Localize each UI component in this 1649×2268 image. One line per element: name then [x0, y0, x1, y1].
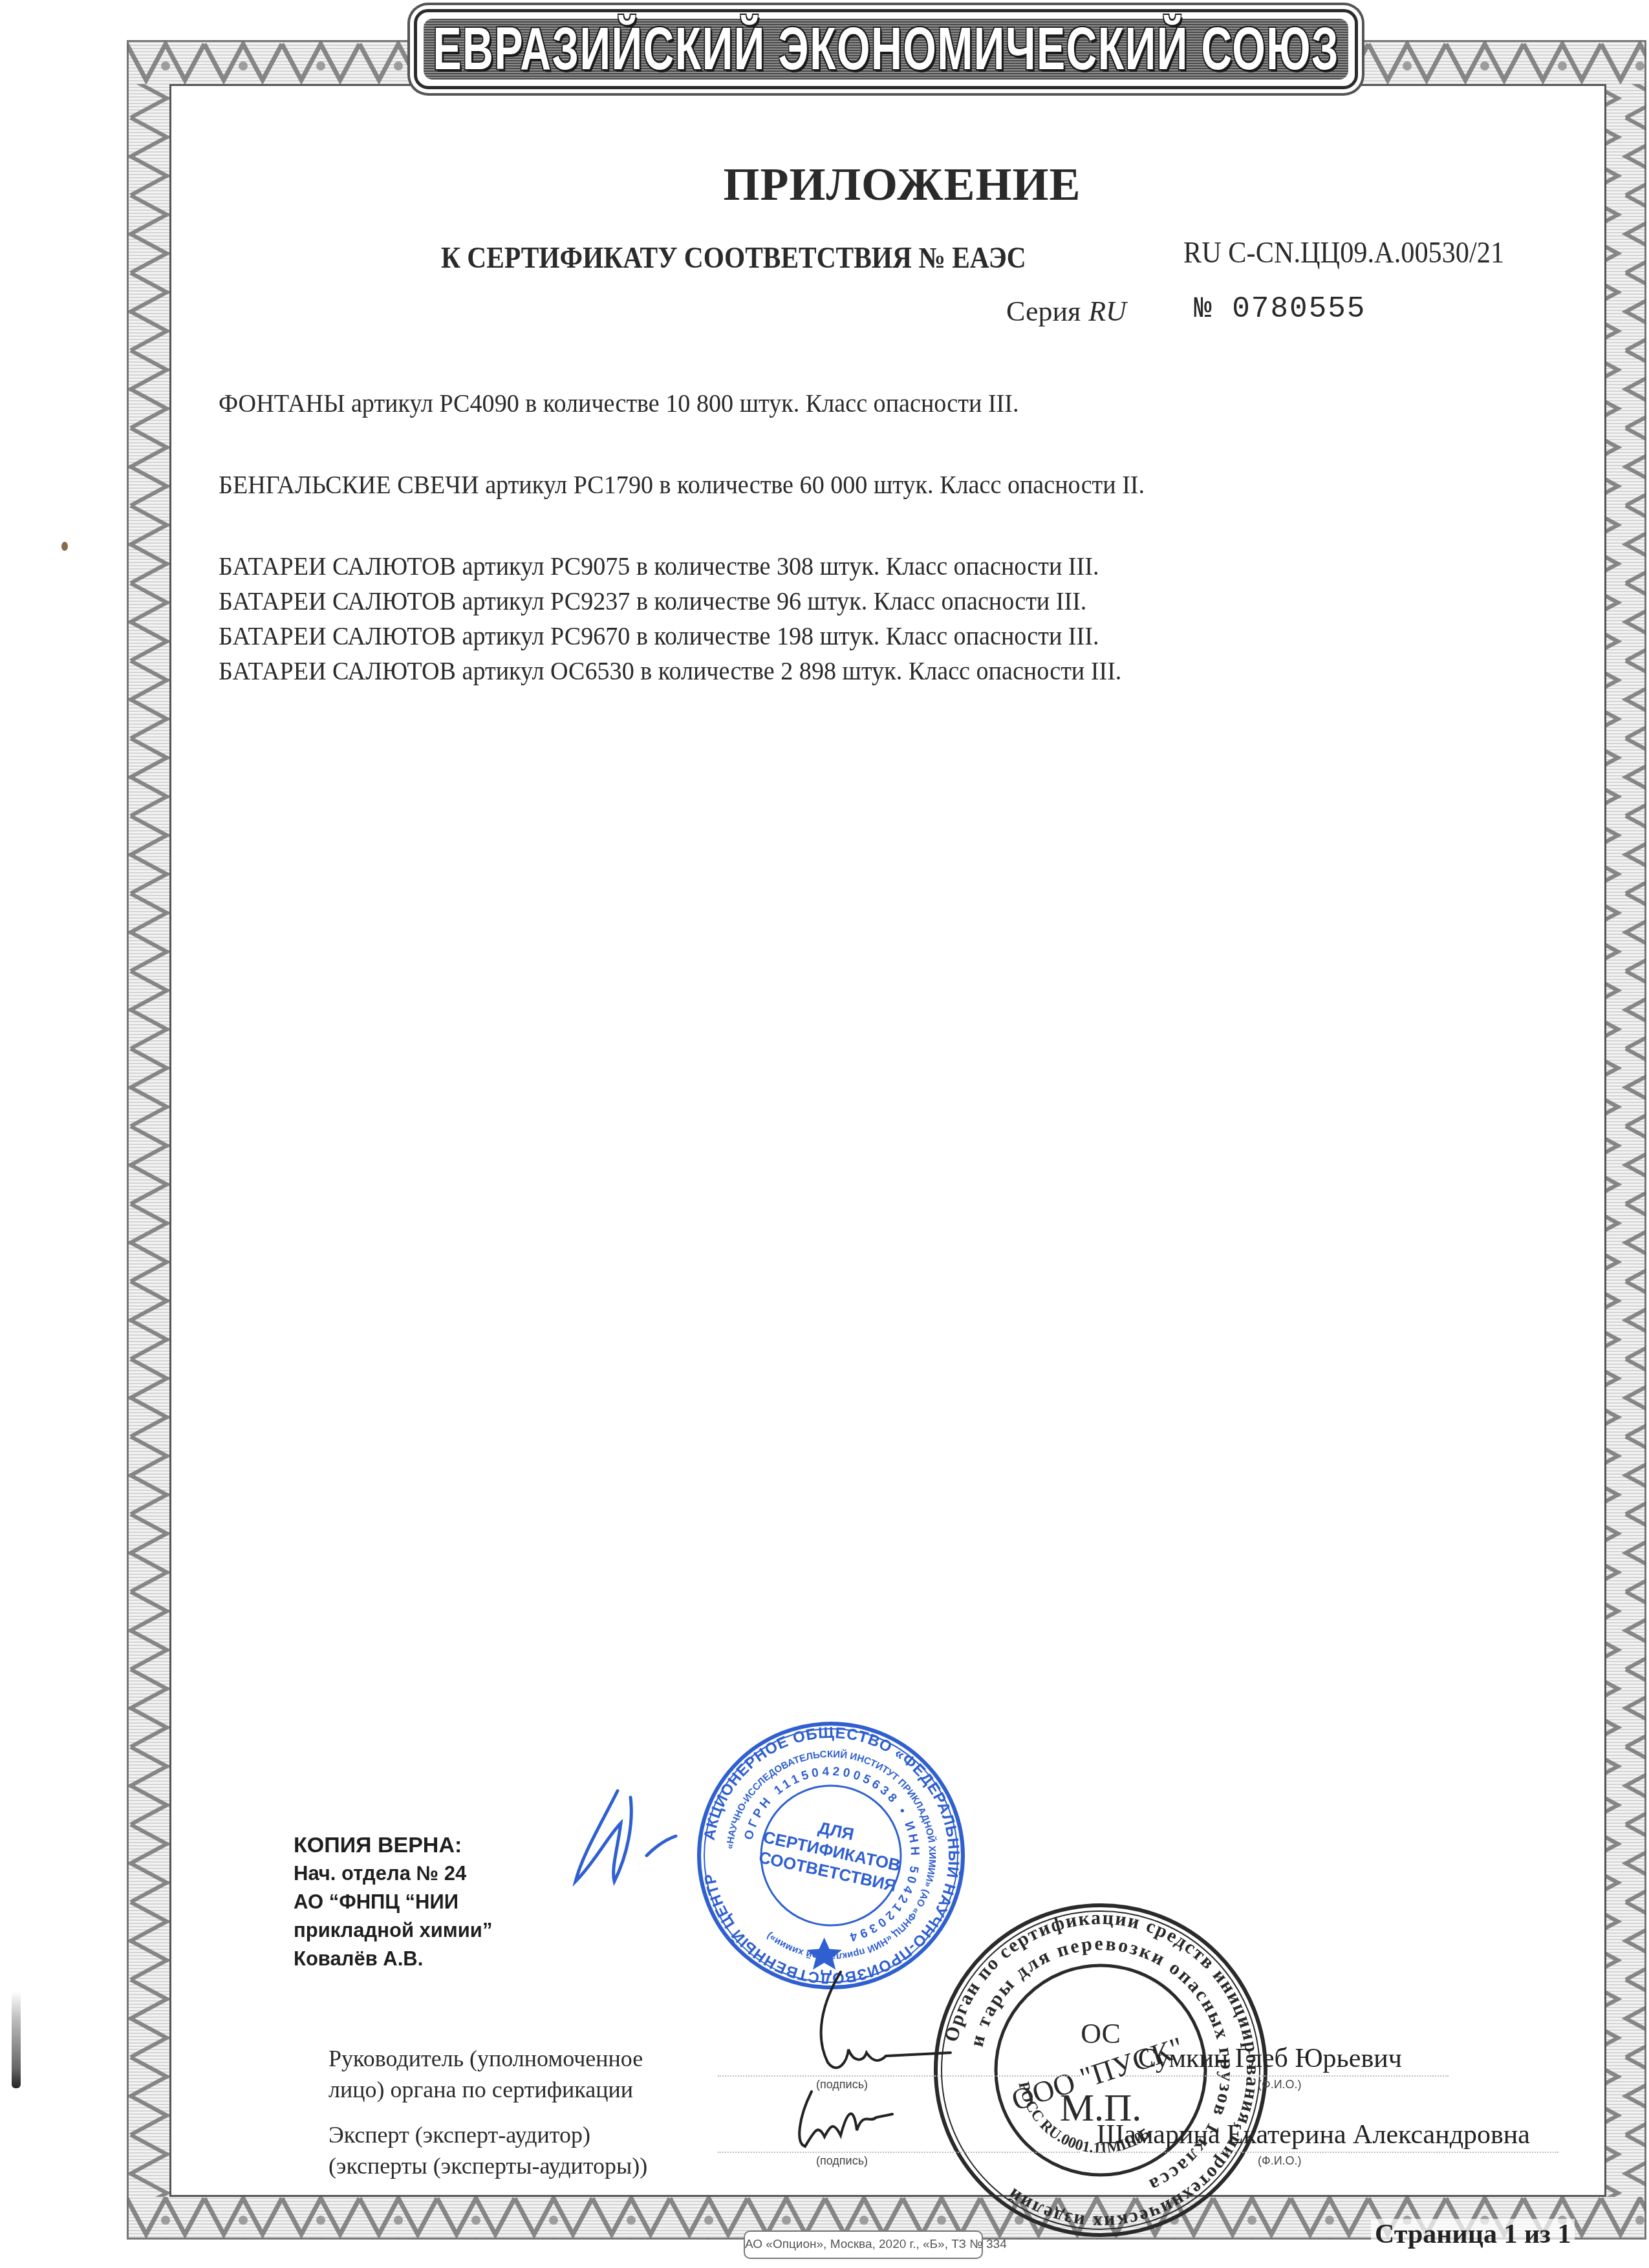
certificate-number: RU C-CN.ЦЦ09.А.00530/21 — [1183, 235, 1504, 270]
name-line — [1125, 2075, 1449, 2077]
union-banner: ЕВРАЗИЙСКИЙ ЭКОНОМИЧЕСКИЙ СОЮЗ — [414, 9, 1358, 89]
page-number: Страница 1 из 1 — [1371, 2219, 1575, 2250]
copy-line: Ковалёв А.В. — [294, 1945, 492, 1973]
signature-line — [718, 2075, 1080, 2077]
product-item: БЕНГАЛЬСКИЕ СВЕЧИ артикул РС1790 в колич… — [219, 467, 1145, 502]
certificate-label: К СЕРТИФИКАТУ СООТВЕТСТВИЯ № ЕАЭС — [441, 241, 1026, 275]
name-caption: (Ф.И.О.) — [1258, 2154, 1302, 2168]
blue-signature-icon — [556, 1784, 698, 1894]
series-code: RU — [1088, 295, 1126, 327]
signatory-name-expert: Шамарина Екатерина Александровна — [1097, 2119, 1530, 2150]
copy-line: АО “ФНПЦ “НИИ — [294, 1888, 492, 1916]
copy-line: прикладной химии” — [294, 1916, 492, 1945]
expert-signature-icon — [786, 2085, 934, 2156]
head-signature-icon — [802, 1965, 957, 2075]
blue-org-stamp-icon: АКЦИОНЕРНОЕ ОБЩЕСТВО «ФЕДЕРАЛЬНЫЙ НАУЧНО… — [695, 1720, 967, 1991]
product-list: ФОНТАНЫ артикул РС4090 в количестве 10 8… — [219, 385, 1214, 688]
printer-imprint: АО «Опцион», Москва, 2020 г., «Б», ТЗ № … — [744, 2231, 983, 2259]
document-title: ПРИЛОЖЕНИЕ — [0, 158, 1649, 211]
signatory-name-head: Сумкин Глеб Юрьевич — [1138, 2043, 1402, 2074]
scan-speck — [61, 542, 68, 551]
signatory-role-expert: Эксперт (эксперт-аудитор) (эксперты (экс… — [329, 2119, 647, 2181]
series-label: СерияRU — [1006, 295, 1126, 328]
scan-artifact — [12, 1991, 21, 2088]
signature-caption: (подпись) — [816, 2154, 868, 2168]
product-item: БАТАРЕИ САЛЮТОВ артикул РС9670 в количес… — [219, 618, 1145, 653]
product-item: БАТАРЕИ САЛЮТОВ артикул РС9075 в количес… — [219, 548, 1145, 583]
name-line — [1093, 2152, 1558, 2153]
product-item: ФОНТАНЫ артикул РС4090 в количестве 10 8… — [219, 385, 1145, 420]
copy-line: КОПИЯ ВЕРНА: — [294, 1831, 492, 1859]
product-item: БАТАРЕИ САЛЮТОВ артикул ОС6530 в количес… — [219, 653, 1145, 688]
product-item: БАТАРЕИ САЛЮТОВ артикул РС9237 в количес… — [219, 583, 1145, 618]
name-caption: (Ф.И.О.) — [1258, 2078, 1302, 2091]
series-label-text: Серия — [1006, 295, 1081, 327]
banner-title: ЕВРАЗИЙСКИЙ ЭКОНОМИЧЕСКИЙ СОЮЗ — [433, 16, 1339, 83]
signatory-role-head: Руководитель (уполномоченное лицо) орган… — [329, 2043, 643, 2105]
copy-certification: КОПИЯ ВЕРНА: Нач. отдела № 24 АО “ФНПЦ “… — [294, 1831, 492, 1973]
series-number: № 0780555 — [1194, 292, 1366, 326]
copy-line: Нач. отдела № 24 — [294, 1859, 492, 1888]
svg-text:ОС: ОС — [1081, 2018, 1121, 2049]
